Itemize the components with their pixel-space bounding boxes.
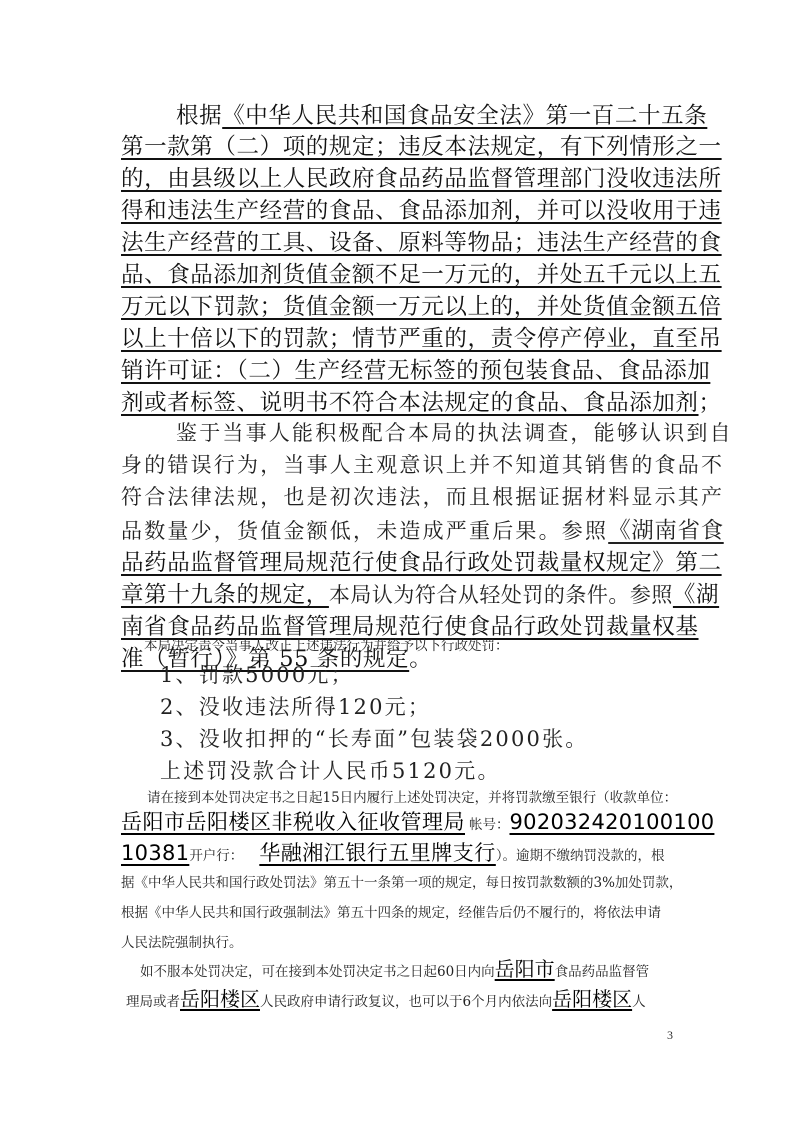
penalty-item-2: 2、没收违法所得120元； [160, 691, 431, 721]
account-label: 帐号： [469, 817, 510, 833]
text: 剂或者标签、说明书不符合本法规定的食品、食品添加剂 [121, 390, 699, 416]
para1-line10: 剂或者标签、说明书不符合本法规定的食品、食品添加剂； [121, 385, 722, 417]
text: 如不服本处罚决定，可在接到本处罚决定书之日起60日内向 [140, 964, 495, 980]
district-name: 岳阳楼区 [180, 987, 260, 1011]
payment-line2: 岳阳市岳阳楼区非税收入征收管理局 帐号：902032420100100 [121, 806, 714, 836]
payment-line4: 据《中华人民共和国行政处罚法》第五十一条第一项的规定，每日按罚款数额的3%加处罚… [121, 871, 682, 891]
page-number: 3 [667, 1028, 673, 1043]
document-page: 根据《中华人民共和国食品安全法》第一百二十五条 第一款第（二）项的规定；违反本法… [0, 0, 793, 1122]
text: 根据 [176, 103, 222, 129]
bank-label: 开户行： [189, 848, 243, 864]
decision-intro: 本局决定责令当事人改正上述违法行为并给予以下行政处罚： [144, 634, 509, 654]
district-name: 岳阳楼区 [552, 987, 632, 1011]
text: 人 [632, 994, 646, 1010]
para1-line4: 得和违法生产经营的食品、食品添加剂，并可以没收用于违 [121, 193, 722, 225]
payment-line6: 人民法院强制执行。 [121, 931, 243, 951]
para2-line1: 鉴于当事人能积极配合本局的执法调查，能够认识到自 [176, 417, 733, 447]
bank-name: 华融湘江银行五里牌支行 [259, 841, 496, 865]
regulation-citation: 《湖 [673, 582, 719, 608]
para1-line1: 根据《中华人民共和国食品安全法》第一百二十五条 [176, 98, 707, 130]
penalty-item-1: 1、罚款5000元； [160, 659, 354, 689]
penalty-total: 上述罚没款合计人民币5120元。 [160, 755, 501, 785]
payment-line1: 请在接到本处罚决定书之日起15日内履行上述处罚决定，并将罚款缴至银行（收款单位： [147, 786, 677, 806]
text: ； [699, 390, 722, 416]
para1-line5: 法生产经营的工具、设备、原料等物品；违法生产经营的食 [121, 225, 722, 257]
penalty-item-3: 3、没收扣押的“长寿面”包装袋2000张。 [160, 723, 588, 753]
para1-line6: 品、食品添加剂货值金额不足一万元的，并处五千元以上五 [121, 257, 722, 289]
text: ）。逾期不缴纳罚没款的，根 [496, 848, 665, 864]
para1-line9: 销许可证：（二）生产经营无标签的预包装食品、食品添加 [121, 353, 710, 385]
para1-line3: 的，由县级以上人民政府食品药品监督管理部门没收违法所 [121, 161, 722, 193]
city-name: 岳阳市 [495, 957, 555, 981]
account-number: 902032420100100 [510, 810, 715, 834]
para2-line3: 符合法律法规，也是初次违法，而且根据证据材料显示其产 [121, 481, 724, 511]
para2-line6: 章第十九条的规定，本局认为符合从轻处罚的条件。参照《湖 [121, 577, 719, 609]
para1-line7: 万元以下罚款；货值金额一万元以上的，并处货值金额五倍 [121, 289, 722, 321]
law-citation: 《中华人民共和国食品安全法》第一百二十五条 [222, 103, 707, 129]
text: 食品药品监督管 [555, 964, 650, 980]
para2-line2: 身的错误行为，当事人主观意识上并不知道其销售的食品不 [121, 449, 724, 479]
payee-name: 岳阳市岳阳楼区非税收入征收管理局 [121, 810, 465, 834]
para2-line5: 品药品监督管理局规范行使食品行政处罚裁量权规定》第二 [121, 545, 722, 577]
appeal-line1: 如不服本处罚决定，可在接到本处罚决定书之日起60日内向岳阳市食品药品监督管 [140, 953, 649, 982]
text: 理局或者 [126, 994, 180, 1010]
text: 本局认为符合从轻处罚的条件。参照 [329, 583, 673, 607]
appeal-line2: 理局或者岳阳楼区人民政府申请行政复议，也可以于6个月内依法向岳阳楼区人 [126, 983, 646, 1012]
payment-line3: 10381开户行： 华融湘江银行五里牌支行）。逾期不缴纳罚没款的，根 [121, 837, 665, 867]
regulation-citation: 《湖南省食 [608, 518, 724, 544]
account-number-cont: 10381 [121, 841, 189, 865]
para1-line8: 以上十倍以下的罚款；情节严重的，责令停产停业，直至吊 [121, 321, 722, 353]
text: 品数量少，货值金额低，未造成严重后果。参照 [121, 519, 608, 543]
para1-line2: 第一款第（二）项的规定；违反本法规定，有下列情形之一 [121, 129, 722, 161]
text: 人民政府申请行政复议，也可以于6个月内依法向 [260, 994, 552, 1010]
text: 章第十九条的规定， [121, 582, 329, 608]
para2-line4: 品数量少，货值金额低，未造成严重后果。参照《湖南省食 [121, 513, 724, 545]
payment-line5: 根据《中华人民共和国行政强制法》第五十四条的规定，经催告后仍不履行的，将依法申请 [121, 901, 661, 921]
